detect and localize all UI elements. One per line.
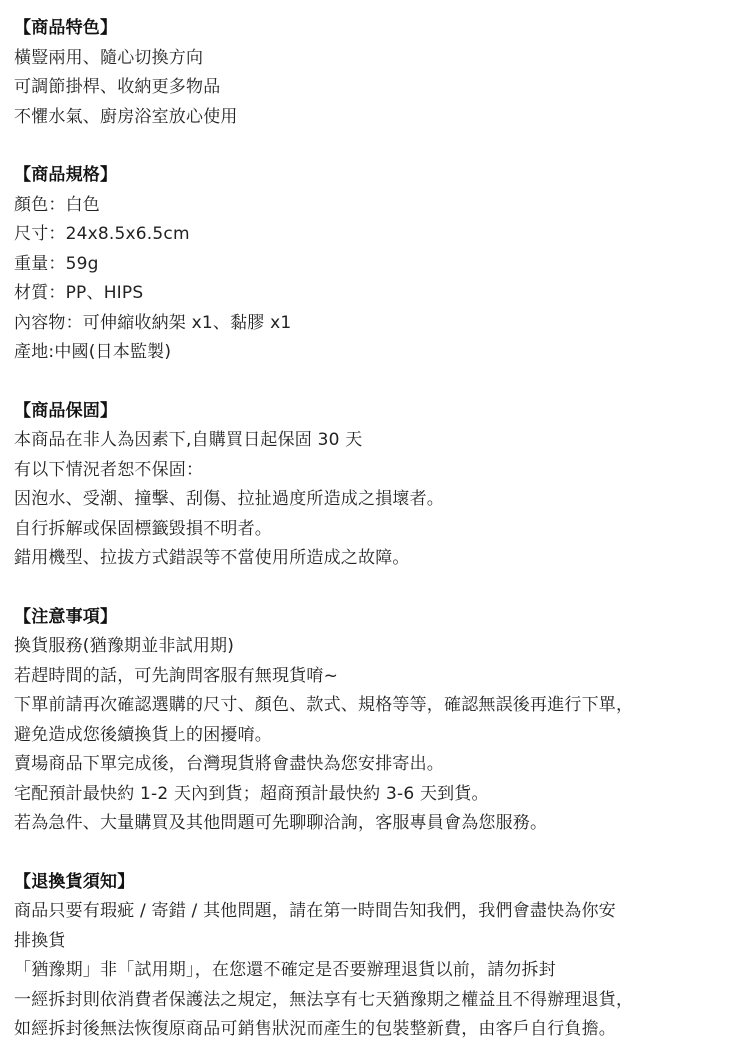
note-line: 賣場商品下單完成後，台灣現貨將會盡快為您安排寄出。	[14, 750, 744, 780]
section-features: 【商品特色】 橫豎兩用、隨心切換方向 可調節掛桿、收納更多物品 不懼水氣、廚房浴…	[14, 14, 744, 132]
section-warranty: 【商品保固】 本商品在非人為因素下,自購買日起保固 30 天 有以下情況者恕不保…	[14, 397, 744, 574]
feature-line: 不懼水氣、廚房浴室放心使用	[14, 103, 744, 133]
note-line: 下單前請再次確認選購的尺寸、顏色、款式、規格等等，確認無誤後再進行下單，	[14, 691, 744, 721]
section-title: 【商品保固】	[14, 397, 744, 427]
spec-material: 材質：PP、HIPS	[14, 279, 744, 309]
spec-size: 尺寸：24x8.5x6.5cm	[14, 220, 744, 250]
spec-contents: 內容物：可伸縮收納架 x1、黏膠 x1	[14, 309, 744, 339]
section-specs: 【商品規格】 顏色：白色 尺寸：24x8.5x6.5cm 重量：59g 材質：P…	[14, 161, 744, 368]
warranty-line: 自行拆解或保固標籤毀損不明者。	[14, 515, 744, 545]
warranty-line: 因泡水、受潮、撞擊、刮傷、拉扯過度所造成之損壞者。	[14, 485, 744, 515]
warranty-line: 錯用機型、拉拔方式錯誤等不當使用所造成之故障。	[14, 544, 744, 574]
section-returns: 【退換貨須知】 商品只要有瑕疵 / 寄錯 / 其他問題，請在第一時間告知我們，我…	[14, 868, 744, 1045]
return-line: 排換貨	[14, 927, 744, 957]
section-title: 【商品特色】	[14, 14, 744, 44]
section-notes: 【注意事項】 換貨服務(猶豫期並非試用期) 若趕時間的話，可先詢問客服有無現貨唷…	[14, 603, 744, 839]
feature-line: 橫豎兩用、隨心切換方向	[14, 44, 744, 74]
note-line: 若趕時間的話，可先詢問客服有無現貨唷~	[14, 662, 744, 692]
return-line: 一經拆封則依消費者保護法之規定，無法享有七天猶豫期之權益且不得辦理退貨，	[14, 986, 744, 1016]
note-line: 若為急件、大量購買及其他問題可先聊聊洽詢，客服專員會為您服務。	[14, 809, 744, 839]
spec-origin: 產地:中國(日本監製)	[14, 338, 744, 368]
return-line: 「猶豫期」非「試用期」，在您還不確定是否要辦理退貨以前，請勿拆封	[14, 956, 744, 986]
spec-color: 顏色：白色	[14, 191, 744, 221]
note-line: 避免造成您後續換貨上的困擾唷。	[14, 721, 744, 751]
section-title: 【商品規格】	[14, 161, 744, 191]
return-line: 商品只要有瑕疵 / 寄錯 / 其他問題，請在第一時間告知我們，我們會盡快為你安	[14, 897, 744, 927]
note-line: 換貨服務(猶豫期並非試用期)	[14, 632, 744, 662]
product-description: 【商品特色】 橫豎兩用、隨心切換方向 可調節掛桿、收納更多物品 不懼水氣、廚房浴…	[0, 0, 744, 1045]
feature-line: 可調節掛桿、收納更多物品	[14, 73, 744, 103]
section-title: 【退換貨須知】	[14, 868, 744, 898]
note-line: 宅配預計最快約 1-2 天內到貨；超商預計最快約 3-6 天到貨。	[14, 780, 744, 810]
return-line: 如經拆封後無法恢復原商品可銷售狀況而產生的包裝整新費，由客戶自行負擔。	[14, 1015, 744, 1045]
warranty-line: 本商品在非人為因素下,自購買日起保固 30 天	[14, 426, 744, 456]
section-title: 【注意事項】	[14, 603, 744, 633]
warranty-line: 有以下情況者恕不保固：	[14, 456, 744, 486]
spec-weight: 重量：59g	[14, 250, 744, 280]
